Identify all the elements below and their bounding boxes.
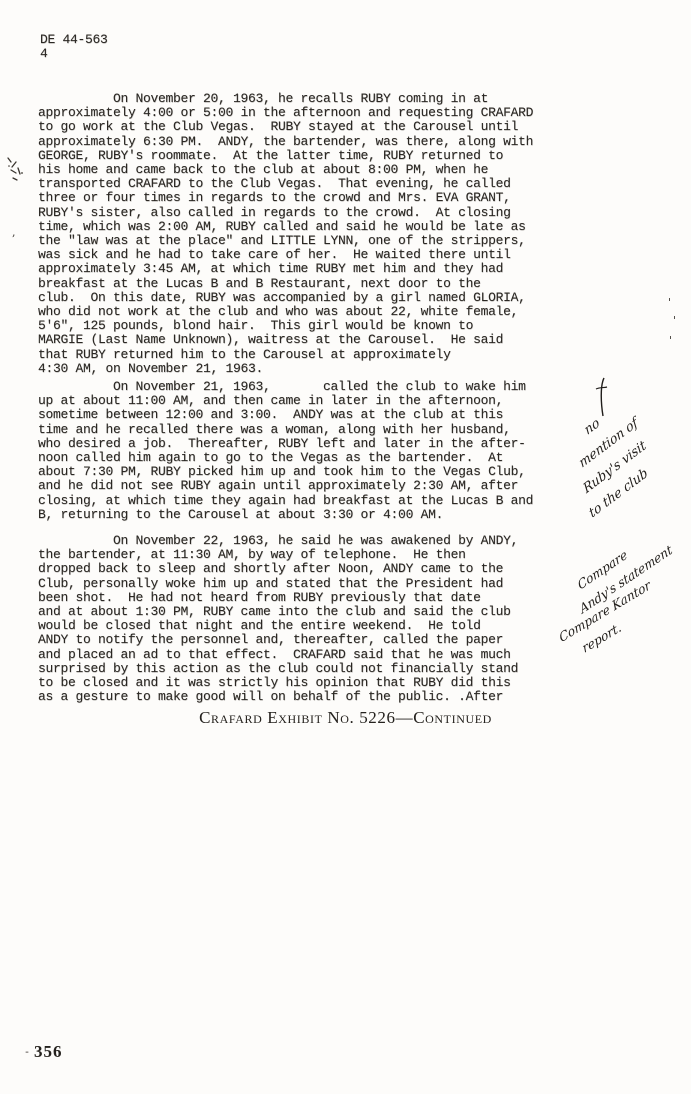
margin-scribble-icon bbox=[2, 154, 32, 188]
body-paragraph-2: On November 21, 1963, called the club to… bbox=[38, 380, 533, 522]
file-number: DE 44-563 bbox=[40, 33, 108, 47]
handwritten-note-1: no mention of Ruby's visit to the club bbox=[553, 391, 663, 525]
stray-mark: ' bbox=[668, 296, 671, 309]
footer-stray-mark: - bbox=[24, 1048, 30, 1059]
body-paragraph-3: On November 22, 1963, he said he was awa… bbox=[38, 534, 518, 704]
body-paragraph-1: On November 20, 1963, he recalls RUBY co… bbox=[38, 92, 533, 376]
stray-mark: , bbox=[12, 226, 16, 239]
exhibit-caption: Crafard Exhibit No. 5226—Continued bbox=[0, 708, 691, 728]
stray-mark: ' bbox=[673, 314, 676, 327]
document-page: DE 44-563 4 On November 20, 1963, he rec… bbox=[0, 0, 691, 1094]
footer-page-number: 356 bbox=[34, 1042, 63, 1062]
header-page-number: 4 bbox=[40, 47, 48, 61]
stray-mark: ' bbox=[669, 334, 672, 347]
